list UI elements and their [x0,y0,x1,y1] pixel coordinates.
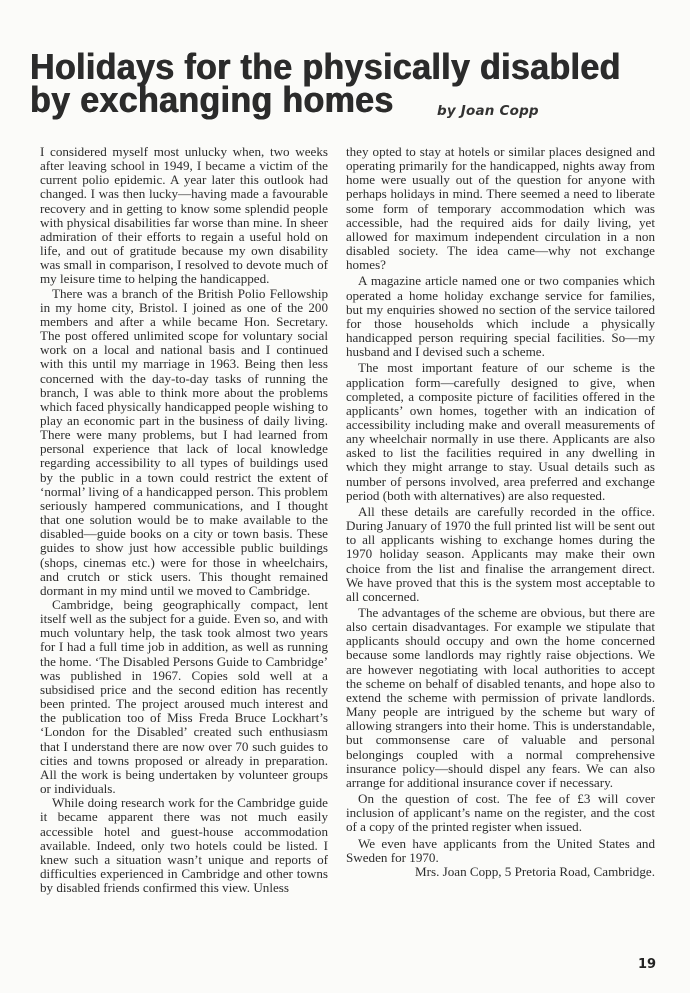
paragraph: We even have applicants from the United … [346,837,655,865]
paragraph: I considered myself most unlucky when, t… [40,145,328,287]
paragraph: Cambridge, being geographically compact,… [40,598,328,796]
paragraph: While doing research work for the Cambri… [40,796,328,895]
paragraph: On the question of cost. The fee of £3 w… [346,792,655,834]
paragraph: There was a branch of the British Polio … [40,287,328,598]
right-column: they opted to stay at hotels or similar … [346,145,655,879]
page-number: 19 [638,957,656,972]
byline: by Joan Copp [437,103,539,119]
left-column: I considered myself most unlucky when, t… [40,145,328,895]
paragraph: All these details are carefully recorded… [346,505,655,604]
author-signature: Mrs. Joan Copp, 5 Pretoria Road, Cambrid… [346,865,655,879]
paragraph: A magazine article named one or two comp… [346,274,655,359]
paragraph: they opted to stay at hotels or similar … [346,145,655,272]
paragraph: The advantages of the scheme are obvious… [346,606,655,790]
paragraph: The most important feature of our scheme… [346,361,655,503]
